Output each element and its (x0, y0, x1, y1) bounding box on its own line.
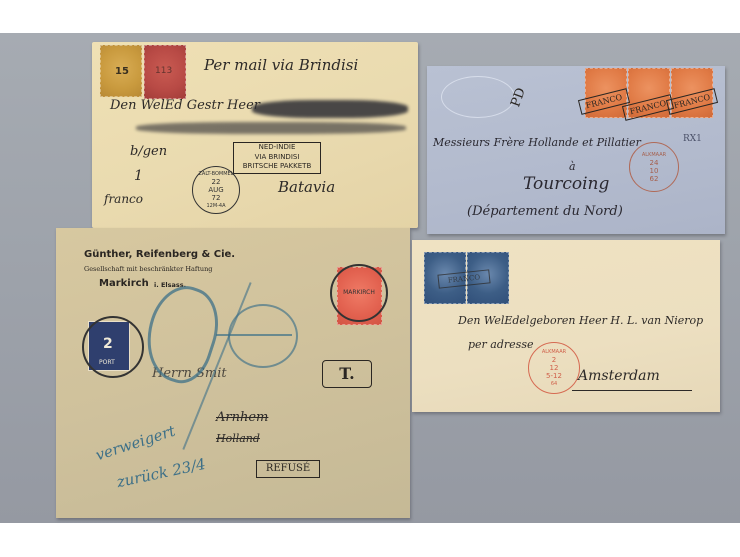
postmark-markirch: MARKIRCH (330, 264, 388, 322)
cover-markirch: Günther, Reifenberg & Cie. Gesellschaft … (56, 228, 410, 518)
handwritten-a: à (569, 160, 576, 173)
handwritten-city-crossed: Arnhem (216, 410, 268, 425)
stamp-red: 113 (144, 45, 186, 99)
cover-batavia: 15 113 Per mail via Brindisi Den WelEd G… (92, 42, 418, 228)
letterhead-subtitle: Gesellschaft mit beschränkter Haftung (84, 265, 212, 273)
postmark-alkmaar: ALKMAAR 2 12 5-12 64 (528, 342, 580, 394)
cover-amsterdam: FRANCO Den WelEdelgeboren Heer H. L. van… (412, 240, 720, 412)
handwritten-city: Amsterdam (578, 368, 660, 384)
stamp-cancel-number: 15 (115, 66, 129, 77)
handwritten-country-crossed: Holland (216, 432, 260, 445)
refuse-stamp: REFUSÉ (256, 460, 320, 478)
handwritten-number: 1 (134, 168, 143, 184)
handwritten-note: b/gen (130, 144, 167, 159)
stamp-yellow: 15 (100, 45, 142, 97)
handwritten-note-refused: verweigert (93, 422, 177, 465)
handwritten-per-adresse: per adresse (468, 338, 533, 351)
handwritten-note-returned: zurück 23/4 (115, 455, 207, 491)
handwritten-route: Per mail via Brindisi (204, 56, 358, 74)
embossed-seal (441, 76, 515, 118)
handwritten-addressee: Messieurs Frère Hollande et Pillatier (433, 136, 641, 149)
postmark-zaltbommel: ZALT-BOMMEL 22 AUG 72 12M-4A (192, 166, 240, 214)
handwritten-addressee: Den WelEdelgeboren Heer H. L. van Nierop (458, 314, 703, 327)
handwritten-destination: Batavia (278, 178, 335, 196)
handwritten-franco: franco (104, 192, 143, 206)
postmark-alkmaar: ALKMAAR 24 10 62 (629, 142, 679, 192)
letterhead-company: Günther, Reifenberg & Cie. (84, 249, 235, 260)
handwritten-city: Tourcoing (523, 174, 609, 194)
handwritten-addressee: Den WelEd Gestr Heer (110, 98, 260, 113)
cover-tourcoing: PD FRANCO FRANCO FRANCO RX1 Messieurs Fr… (427, 66, 725, 234)
letterhead-city: Markirch (99, 278, 149, 289)
ink-blot (136, 122, 406, 134)
handwritten-department: (Département du Nord) (467, 204, 623, 219)
stamp-cancel-number: 113 (155, 66, 172, 76)
via-brindisi-box-stamp: NED-INDIE VIA BRINDISI BRITSCHE PAKKETB (233, 142, 321, 174)
underline (572, 390, 692, 391)
rx-marking: RX1 (683, 134, 702, 144)
t-stamp: T. (322, 360, 372, 388)
postmark-circle (82, 316, 144, 378)
ink-blot (252, 100, 408, 118)
